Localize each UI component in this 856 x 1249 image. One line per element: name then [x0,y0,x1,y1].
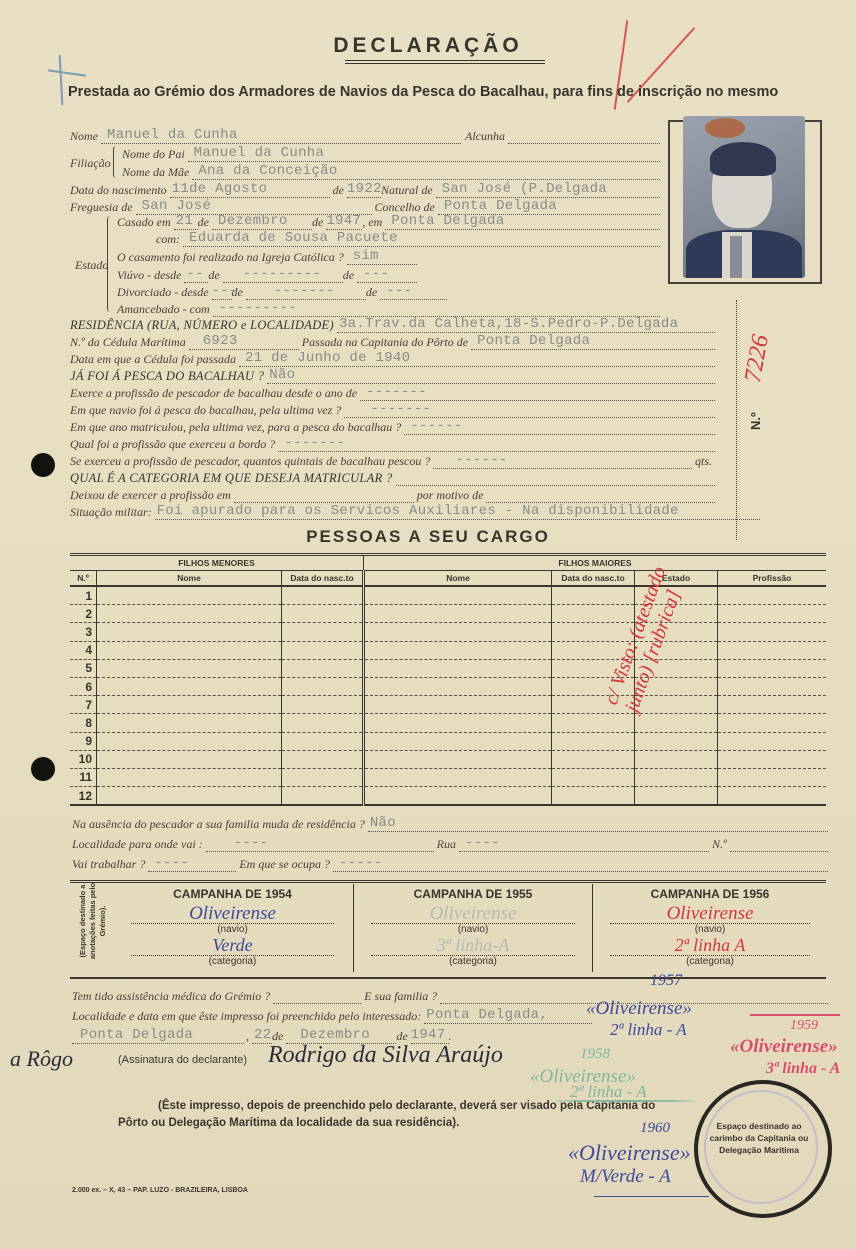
divider [592,884,593,972]
annotation-1960-year: 1960 [640,1120,670,1137]
photo-hair [710,142,776,176]
brace [113,146,119,178]
gremio-note: (Espaço destinado a anotações feitas pel… [78,874,108,968]
annotation-1958-year: 1958 [580,1046,610,1063]
section-title: PESSOAS A SEU CARGO [0,527,856,547]
table-row: 3 [70,623,826,641]
header-filhos-maiores: FILHOS MAIORES [364,556,827,571]
table-row: 10 [70,750,826,768]
field-residencia: RESIDÊNCIA (RUA, NÚMERO e LOCALIDADE) 3a… [70,315,715,333]
stamp-text: Espaço destinado ao carimbo da Capitania… [704,1120,814,1156]
signature[interactable]: Rodrigo da Silva Araújo [268,1042,503,1069]
table-row: 1 [70,586,826,605]
punch-hole [31,453,55,477]
table-row: 8 [70,714,826,732]
field-quintais: Se exerceu a profissão de pescador, quan… [70,451,715,469]
nascimento-ano[interactable]: 1922 [347,181,382,197]
page-subtitle: Prestada ao Grémio dos Armadores de Navi… [68,84,778,100]
field-militar: Situação militar: Foi apurado para os Se… [70,502,760,520]
annotation-1957-navio: «Oliveirense» [586,998,692,1020]
pai-value[interactable]: Manuel da Cunha [194,145,325,161]
filiacao-label: Filiação [70,156,111,171]
table-row: 9 [70,732,826,750]
field-nome: Nome Manuel da Cunha Alcunha [70,126,660,144]
table-row: 5 [70,659,826,677]
annotation-1957-year: 1957 [650,972,682,990]
field-igreja: O casamento foi realizado na Igreja Cató… [117,247,660,265]
field-profissao: Qual foi a profissão que exerceu a bordo… [70,434,715,452]
brace [107,216,114,312]
natural-value[interactable]: San José (P.Delgada [442,181,607,197]
table-row: 7 [70,696,826,714]
field-viuvo: Viúvo - desde -- de --------- de --- [117,265,417,283]
annotation-1959-cat: 3ª linha - A [766,1060,840,1078]
nome-value[interactable]: Manuel da Cunha [107,127,238,143]
punch-hole [31,757,55,781]
field-mae: Nome da Mãe Ana da Conceição [122,162,660,180]
title-underline [345,60,545,64]
field-ausencia: Na ausência do pescador a sua familia mu… [72,814,828,832]
field-ano: Em que ano matriculou, pela ultima vez, … [70,417,715,435]
page-title: DECLARAÇÃO [0,34,856,58]
annotation-1957-cat: 2ª linha - A [610,1020,687,1040]
numero-label: N.º [748,412,763,430]
table-row: 6 [70,677,826,695]
number-rule [736,300,737,540]
campaign-1954: CAMPANHA DE 1954 Oliveirense (navio) Ver… [115,882,350,972]
field-divorciado: Divorciado - desde --- de ------- de --- [117,282,447,300]
table-row: 12 [70,787,826,806]
photo-tie [730,236,742,278]
field-trabalhar: Vai trabalhar ? ---- Em que se ocupa ? -… [72,854,828,872]
field-casado: Casado em 21 de Dezembro de 1947 , em Po… [117,212,660,230]
field-data-cedula: Data em que a Cédula foi passada 21 de J… [70,349,715,367]
header-filhos-menores: FILHOS MENORES [70,556,364,571]
field-categoria: QUAL É A CATEGORIA EM QUE DESEJA MATRICU… [70,468,715,486]
estado-label: Estado [75,258,108,273]
field-assistencia: Tem tido assistência médica do Grémio ? … [72,986,828,1004]
field-localidade: Localidade para onde vai : ---- Rua ----… [72,834,828,852]
mae-value[interactable]: Ana da Conceição [198,163,337,179]
a-rogo: a Rôgo [10,1046,73,1072]
field-cedula: N.º da Cédula Marítima 6923 Passada na C… [70,332,715,350]
annotation-1959-year: 1959 [790,1018,818,1034]
printer-imprint: 2.000 ex. – X, 43 – PAP. LUZO - BRAZILEI… [72,1187,248,1194]
field-ja-foi: JÁ FOI Á PESCA DO BACALHAU ? Não [70,366,715,384]
blue-underline [594,1196,709,1197]
table-row: 4 [70,641,826,659]
field-localidade-data: Localidade e data em que êste impresso f… [72,1006,592,1024]
campaign-1955: CAMPANHA DE 1955 Oliveirense (navio) 3ª … [355,882,591,972]
annotation-1959-navio: «Oliveirense» [730,1036,838,1058]
field-desde: Exerce a profissão de pescador de bacalh… [70,383,715,401]
campaign-1956: CAMPANHA DE 1956 Oliveirense (navio) 2ª … [594,882,826,972]
field-conjuge: com: Eduarda de Sousa Pacuete [156,229,660,247]
pink-rule [750,1014,840,1016]
annotation-1960-navio: «Oliveirense» [568,1140,691,1166]
annotation-1958-cat: 2ª linha - A [570,1082,647,1102]
assinatura-label: (Assinatura do declarante) [118,1054,247,1066]
field-deixou: Deixou de exercer a profissão em por mot… [70,485,715,503]
table-row: 2 [70,605,826,623]
dependents-table: FILHOS MENORES FILHOS MAIORES N.º Nome D… [70,556,826,806]
divider [353,884,354,972]
field-nascimento: Data do nascimento 11de Agosto de 1922 N… [70,180,660,198]
field-pai: Nome do Pai Manuel da Cunha [122,144,660,162]
field-navio: Em que navio foi á pesca do bacalhau, pe… [70,400,715,418]
annotation-1960-cat: M/Verde - A [580,1166,671,1188]
stain [705,118,745,138]
green-underline [555,1100,695,1102]
footer-note: (Êste impresso, depois de preenchido pel… [118,1098,658,1132]
table-row: 11 [70,768,826,786]
nascimento-value[interactable]: 11de Agosto [172,181,268,197]
